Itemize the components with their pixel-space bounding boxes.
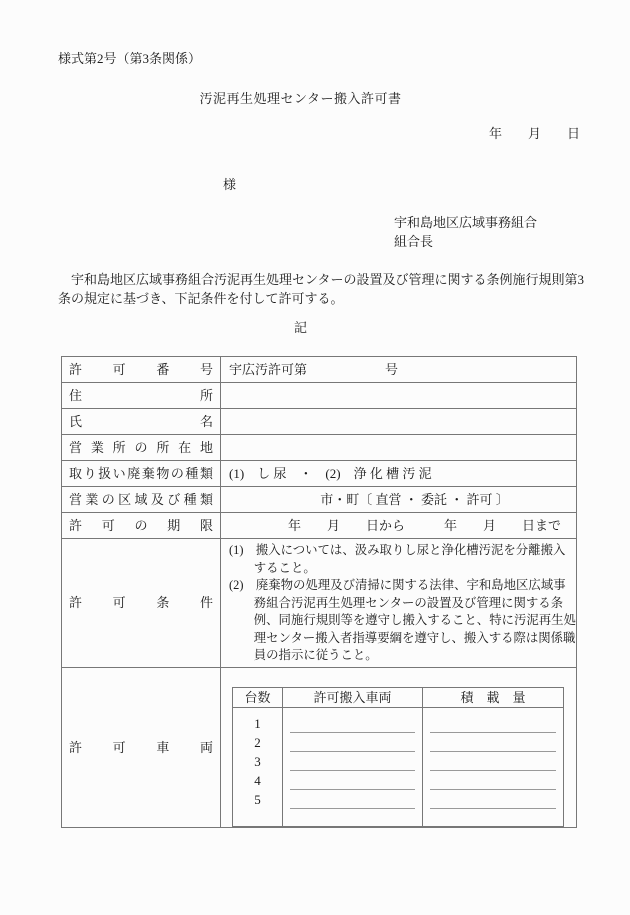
permit-period-value: 年 月 日から 年 月 日まで [221, 513, 577, 539]
waste-type-label: 取り扱い廃棄物の種類 [62, 461, 221, 487]
waste-type-value: (1) し 尿 ・ (2) 浄 化 槽 汚 泥 [221, 461, 577, 487]
name-label: 氏 名 [62, 409, 221, 435]
blank-underline [283, 752, 422, 771]
row-business-area: 営業の区域及び種類 市・町〔 直営 ・ 委託 ・ 許可 〕 [62, 487, 577, 513]
vehicle-number: 3 [233, 752, 282, 771]
vehicle-count-header: 台数 [233, 687, 283, 707]
issue-date-line: 年 月 日 [58, 124, 580, 143]
row-name: 氏 名 [62, 409, 577, 435]
permit-vehicles-label: 許 可 車 両 [62, 667, 221, 827]
office-location-label: 営 業 所 の 所 在 地 [62, 435, 221, 461]
permit-number-value: 宇広汚許可第 号 [221, 357, 577, 383]
issuer-role: 組合長 [394, 232, 580, 251]
blank-underline [423, 733, 563, 752]
business-area-value: 市・町〔 直営 ・ 委託 ・ 許可 〕 [221, 487, 577, 513]
vehicle-table-header-row: 台数 許可搬入車両 積 載 量 [233, 687, 564, 707]
blank-underline [283, 771, 422, 790]
blank-underline [423, 790, 563, 809]
row-permit-conditions: 許 可 条 件 (1) 搬入については、汲み取りし尿と浄化槽汚泥を分離搬入 する… [62, 539, 577, 668]
permit-conditions-label: 許 可 条 件 [62, 539, 221, 668]
row-permit-number: 許 可 番 号 宇広汚許可第 号 [62, 357, 577, 383]
issuer-org: 宇和島地区広域事務組合 [394, 213, 580, 232]
business-area-label: 営業の区域及び種類 [62, 487, 221, 513]
row-permit-vehicles: 許 可 車 両 台数 許可搬入車両 積 載 量 1 2 3 4 [62, 667, 577, 827]
permit-period-label: 許 可 の 期 限 [62, 513, 221, 539]
row-waste-type: 取り扱い廃棄物の種類 (1) し 尿 ・ (2) 浄 化 槽 汚 泥 [62, 461, 577, 487]
vehicle-number: 2 [233, 733, 282, 752]
form-number: 様式第2号（第3条関係） [58, 49, 580, 68]
permit-vehicles-cell: 台数 許可搬入車両 積 載 量 1 2 3 4 5 [221, 667, 577, 827]
office-location-value [221, 435, 577, 461]
permit-table: 許 可 番 号 宇広汚許可第 号 住 所 氏 名 営 業 所 の 所 在 地 取… [61, 356, 577, 828]
vehicle-number: 4 [233, 771, 282, 790]
blank-underline [283, 790, 422, 809]
vehicle-table-body-row: 1 2 3 4 5 [233, 707, 564, 826]
blank-underline [283, 714, 422, 733]
body-paragraph: 宇和島地区広域事務組合汚泥再生処理センターの設置及び管理に関する条例施行規則第3… [58, 270, 580, 308]
address-value [221, 383, 577, 409]
document-title: 汚泥再生処理センター搬入許可書 [58, 89, 543, 108]
permit-conditions-text: (1) 搬入については、汲み取りし尿と浄化槽汚泥を分離搬入 すること。 (2) … [221, 539, 577, 668]
row-address: 住 所 [62, 383, 577, 409]
vehicle-load-header: 積 載 量 [423, 687, 564, 707]
permit-number-label: 許 可 番 号 [62, 357, 221, 383]
vehicle-number-column: 1 2 3 4 5 [233, 707, 283, 826]
vehicle-number: 5 [233, 790, 282, 809]
blank-underline [283, 733, 422, 752]
document-page: 様式第2号（第3条関係） 汚泥再生処理センター搬入許可書 年 月 日 様 宇和島… [0, 0, 630, 915]
vehicle-number: 1 [233, 714, 282, 733]
name-value [221, 409, 577, 435]
row-office-location: 営 業 所 の 所 在 地 [62, 435, 577, 461]
issuer-block: 宇和島地区広域事務組合 組合長 [58, 213, 580, 251]
blank-underline [423, 752, 563, 771]
blank-underline [423, 714, 563, 733]
addressee-line: 様 [58, 175, 580, 194]
vehicle-table: 台数 許可搬入車両 積 載 量 1 2 3 4 5 [232, 687, 564, 827]
vehicle-permitted-header: 許可搬入車両 [283, 687, 423, 707]
vehicle-load-column [423, 707, 564, 826]
address-label: 住 所 [62, 383, 221, 409]
blank-underline [423, 771, 563, 790]
vehicle-permitted-column [283, 707, 423, 826]
row-permit-period: 許 可 の 期 限 年 月 日から 年 月 日まで [62, 513, 577, 539]
record-heading: 記 [58, 318, 543, 337]
